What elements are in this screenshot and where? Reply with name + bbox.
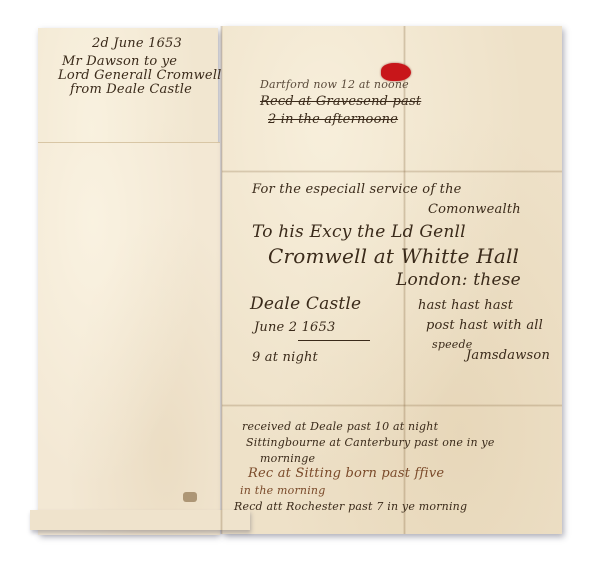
address-line: London: these xyxy=(396,270,521,290)
fold-line xyxy=(222,170,562,173)
blank-panel xyxy=(38,142,220,535)
endorsement: received at Deale past 10 at night xyxy=(242,420,438,433)
address-line: Comonwealth xyxy=(428,202,521,217)
endorsement: morninge xyxy=(260,452,315,465)
haste-line: hast hast hast xyxy=(418,298,513,313)
docket-date: 2d June 1653 xyxy=(92,36,182,51)
endorsement: Rec at Sitting born past ffive xyxy=(248,466,444,481)
origin-date: June 2 1653 xyxy=(254,320,335,335)
postal-note: 2 in the afternoone xyxy=(268,112,398,127)
signature: Jamsdawson xyxy=(466,348,550,363)
ink-stain xyxy=(183,492,197,502)
origin-time: 9 at night xyxy=(252,350,318,365)
letter-photo: 2d June 1653 Mr Dawson to ye Lord Genera… xyxy=(28,22,568,562)
endorsement: Recd att Rochester past 7 in ye morning xyxy=(234,500,467,513)
origin-place: Deale Castle xyxy=(250,294,361,314)
underline xyxy=(298,340,370,341)
address-line: For the especiall service of the xyxy=(252,182,462,197)
haste-line: post hast with all xyxy=(426,318,543,333)
address-line: To his Excy the Ld Genll xyxy=(252,222,466,242)
fold-line xyxy=(222,404,562,407)
docket-line: from Deale Castle xyxy=(70,82,192,97)
docket-line: Mr Dawson to ye xyxy=(62,54,177,69)
endorsement: Sittingbourne at Canterbury past one in … xyxy=(246,436,495,449)
postal-note: Dartford now 12 at noone xyxy=(260,78,409,91)
postal-note: Recd at Gravesend past xyxy=(260,94,421,109)
docket-line: Lord Generall Cromwell xyxy=(58,68,222,83)
fold-line xyxy=(220,26,223,534)
address-line: Cromwell at Whitte Hall xyxy=(268,244,519,268)
endorsement: in the morning xyxy=(240,484,325,497)
torn-edge xyxy=(30,510,250,530)
